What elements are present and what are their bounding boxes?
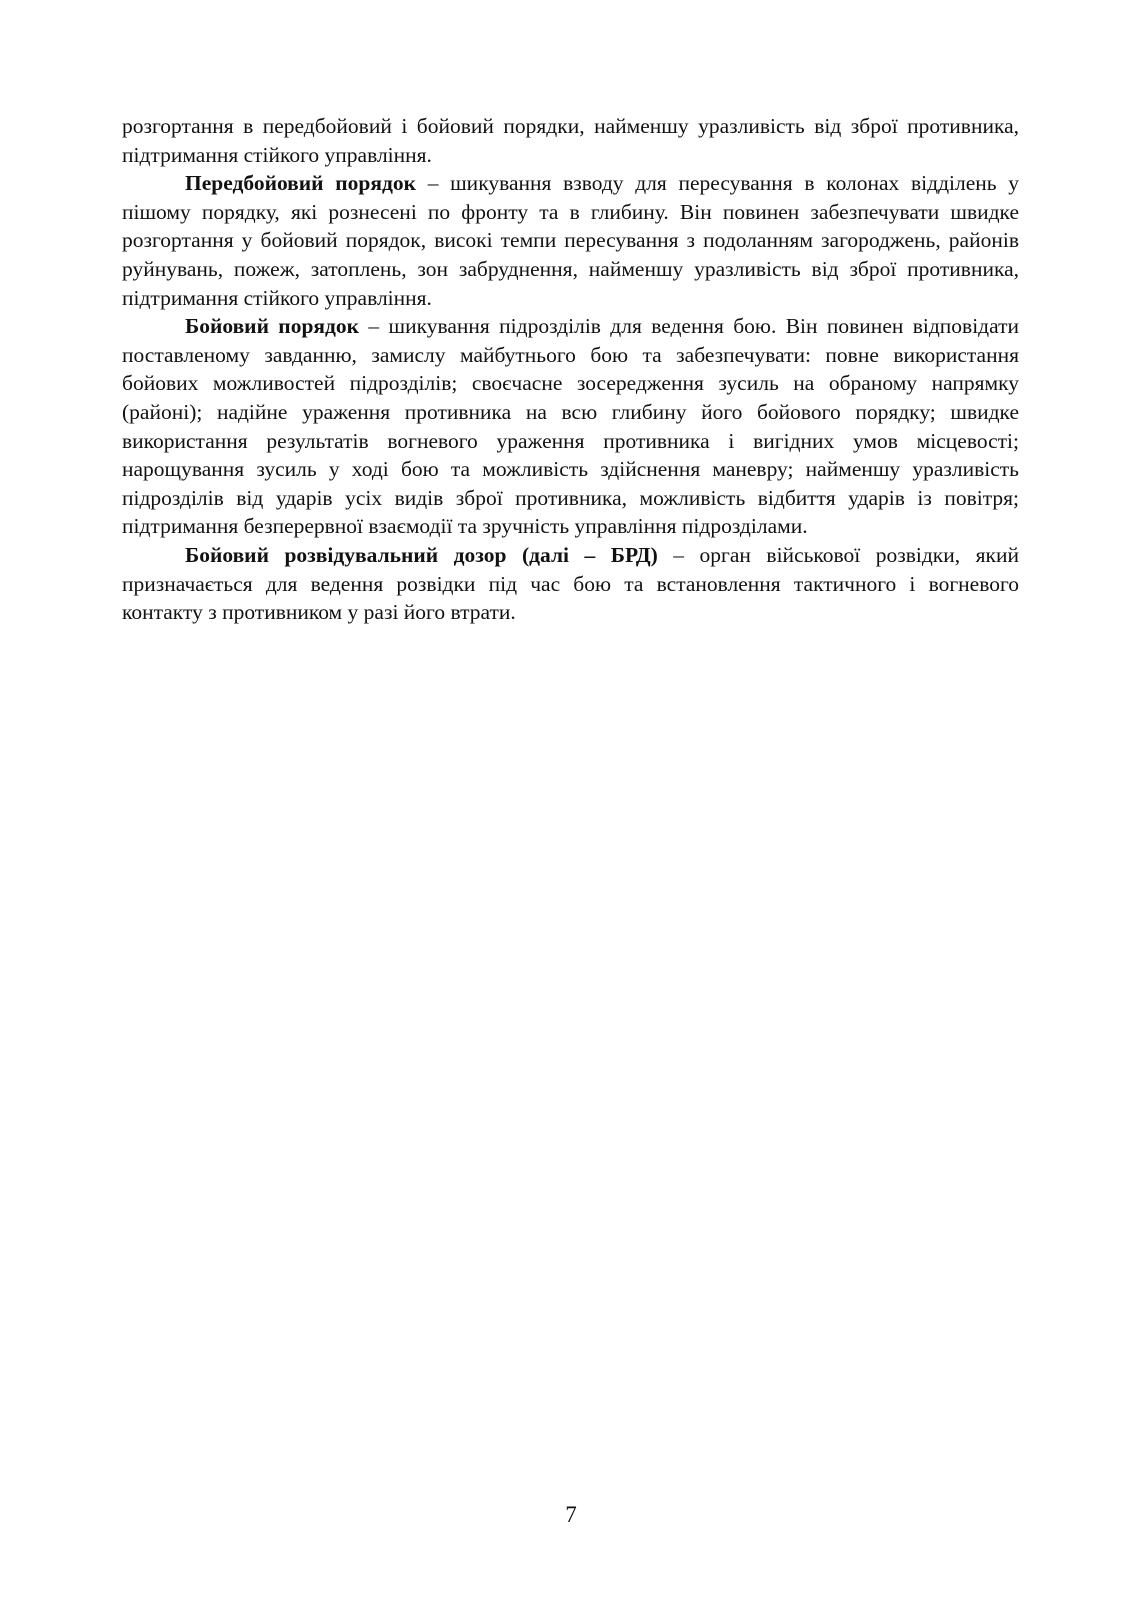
term-battle-order: Бойовий порядок (185, 314, 359, 338)
paragraph-continuation: розгортання в передбойовий і бойовий пор… (122, 112, 1019, 169)
paragraph-definition-combat-recon-patrol: Бойовий розвідувальний дозор (далі – БРД… (122, 541, 1019, 627)
term-pre-battle-order: Передбойовий порядок (185, 171, 416, 195)
paragraph-definition-pre-battle-order: Передбойовий порядок – шикування взводу … (122, 169, 1019, 312)
definition-text: – шикування підрозділів для ведення бою.… (122, 314, 1019, 538)
paragraph-definition-battle-order: Бойовий порядок – шикування підрозділів … (122, 312, 1019, 541)
paragraph-text: розгортання в передбойовий і бойовий пор… (122, 114, 1019, 167)
term-combat-recon-patrol: Бойовий розвідувальний дозор (далі – БРД… (185, 543, 658, 567)
page-number: 7 (0, 1502, 1142, 1528)
document-page: розгортання в передбойовий і бойовий пор… (122, 112, 1019, 627)
